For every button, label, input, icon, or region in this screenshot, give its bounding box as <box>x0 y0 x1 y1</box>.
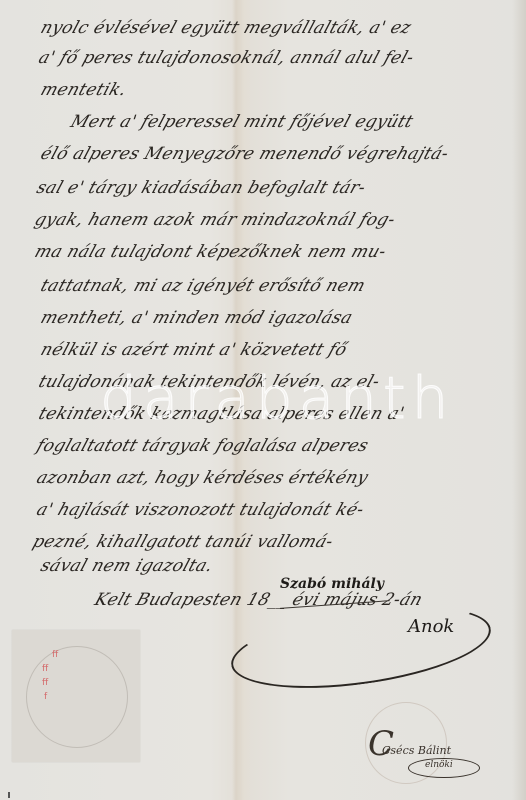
stamp-mark: ff <box>52 650 58 660</box>
signature-second: Anok <box>408 616 454 637</box>
embossed-seal-icon <box>26 646 128 748</box>
signature-first: Szabó mihály <box>280 576 384 592</box>
page-edge <box>512 0 526 800</box>
text-line: nélkül is azért mint a' közvetett fő <box>38 340 350 360</box>
text-line: azonban azt, hogy kérdéses értékény <box>34 468 371 488</box>
text-line: gyak, hanem azok már mindazoknál fog- <box>32 210 398 230</box>
text-line: sával nem igazolta. <box>38 556 216 576</box>
text-line: mentheti, a' minden mód igazolása <box>38 308 355 328</box>
document-page: nyolc évlésével együtt megvállalták, a' … <box>0 0 526 800</box>
text-line: a' hajlását viszonozott tulajdonát ké- <box>34 500 367 520</box>
text-line: sal e' tárgy kiadásában befoglalt tár- <box>34 178 368 198</box>
watermark: darabanth <box>100 364 454 432</box>
text-line: foglaltatott tárgyak foglalása alperes <box>34 436 371 456</box>
stamp-mark: f <box>44 692 47 702</box>
stamp-mark: ff <box>42 678 48 688</box>
text-line: élő alperes Menyegzőre menendő végrehajt… <box>38 144 451 164</box>
text-line: nyolc évlésével együtt megvállalták, a' … <box>38 18 414 38</box>
text-line: tattatnak, mi az igényét erősítő nem <box>38 276 368 296</box>
text-line: a' fő peres tulajdonosoknál, annál alul … <box>36 48 417 68</box>
text-line: mentetik. <box>38 80 129 100</box>
stamp-mark: ff <box>42 664 48 674</box>
text-line: ma nála tulajdont képezőknek nem mu- <box>32 242 389 262</box>
seal-signature: Csécs Bálint <box>382 744 451 757</box>
revenue-stamp: ff ff ff f <box>12 630 140 762</box>
margin-mark <box>8 792 10 798</box>
text-line: pezné, kihallgatott tanúi vallomá- <box>30 532 336 552</box>
text-line: Mert a' felperessel mint főjével együtt <box>68 112 416 132</box>
seal-title: elnöki <box>425 760 453 770</box>
